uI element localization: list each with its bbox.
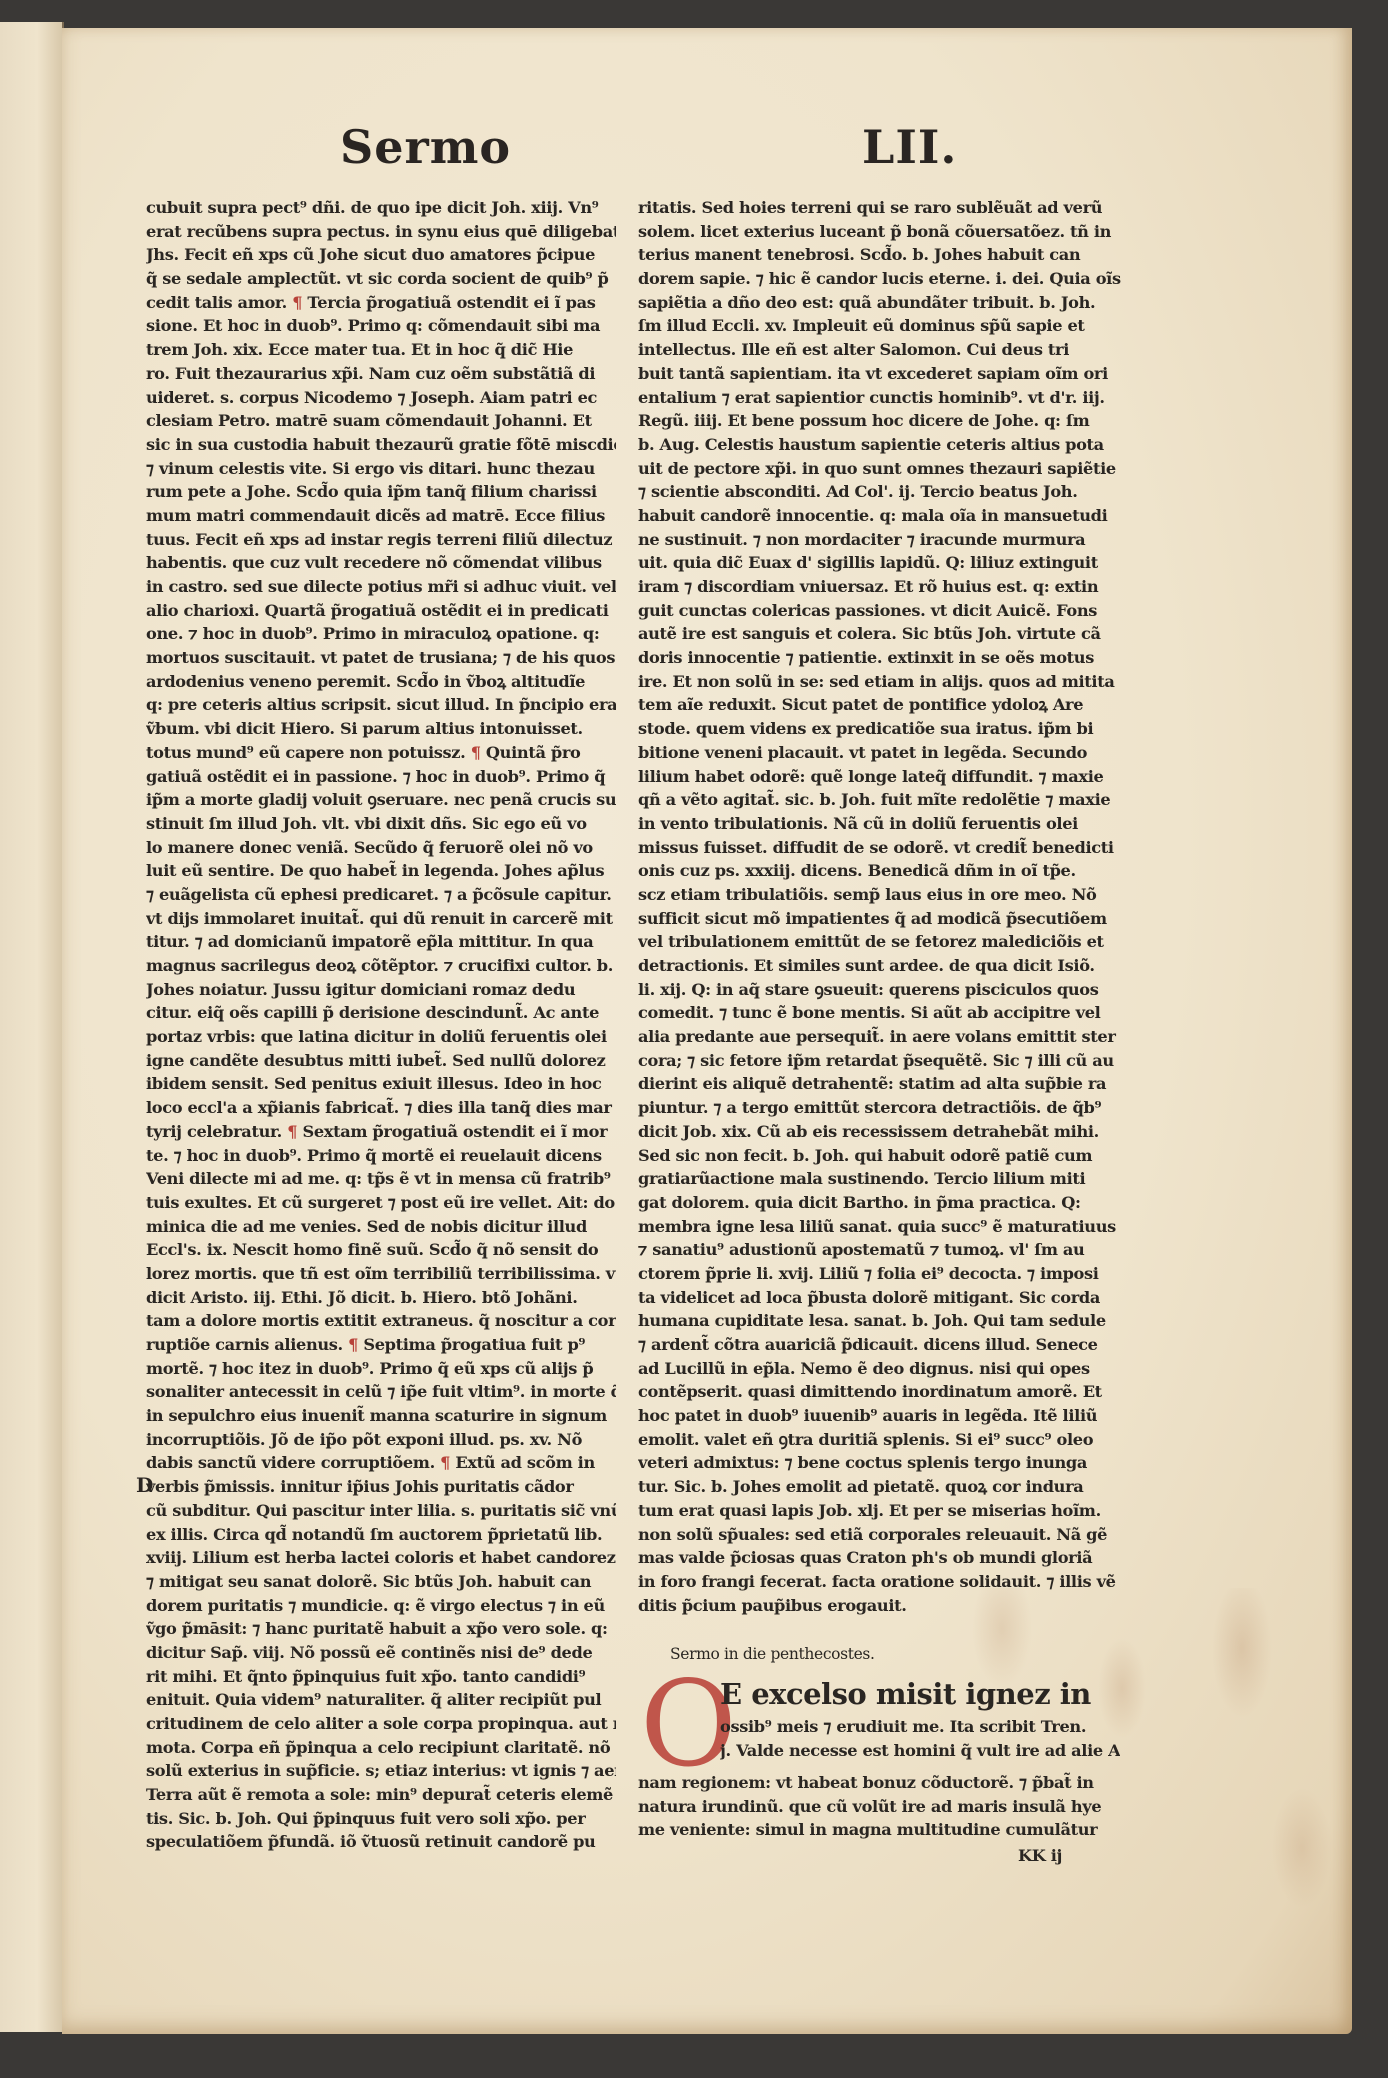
text-line: me veniente: simul in magna multitudine … [638,1818,1128,1842]
text-line: clesiam Petro. matrē suam cõmendauit Joh… [146,409,616,433]
text-line: ro. Fuit thezaurarius xp̃i. Nam cuz oẽm … [146,362,616,386]
text-line: erat recũbens supra pectus. in synu eius… [146,220,616,244]
text-line: q: pre ceteris altius scripsit. sicut il… [146,693,616,717]
text-line: dierint eis aliquẽ detrahentẽ: statim ad… [638,1072,1128,1096]
text-line: ⁊ vinum celestis vite. Si ergo vis ditar… [146,457,616,481]
text-line: contẽpserit. quasi dimittendo inordinatu… [638,1380,1128,1404]
text-line: tur. Sic. b. Johes emolit ad pietatẽ. qu… [638,1475,1128,1499]
text-line: one. ⁊ hoc in duob⁹. Primo in miraculoꝝ … [146,622,616,646]
text-line: uit. quia dic̃ Euax d' sigillis lapidũ. … [638,551,1128,575]
text-line: dorem sapie. ⁊ hic ẽ candor lucis eterne… [638,267,1128,291]
text-line: totus mund⁹ eũ capere non potuissz. ¶ Qu… [146,741,616,765]
text-line: dicit Aristo. iij. Ethi. Jõ dicit. b. Hi… [146,1286,616,1310]
text-line: stinuit ſm illud Joh. vlt. vbi dixit dñs… [146,812,616,836]
text-line: ſm illud Eccli. xv. Impleuit eũ dominus … [638,314,1128,338]
text-line: dicitur Sap̃. viij. Nõ possũ eẽ continẽs… [146,1641,616,1665]
text-line: rum pete a Johe. Scd̃o quia ip̃m tanq̃ f… [146,480,616,504]
facing-page-edge [0,22,64,2032]
rubric-pilcrow: ¶ [440,1453,450,1472]
running-head-left: Sermo [340,120,511,174]
text-line: luit eũ sentire. De quo habet̃ in legend… [146,859,616,883]
text-line: sapiẽtia a dño deo est: quã abundãter tr… [638,291,1128,315]
text-line: gatiuã ostẽdit ei in passione. ⁊ hoc in … [146,765,616,789]
text-line: igne candẽte desubtus mitti iubet̃. Sed … [146,1049,616,1073]
text-line: ṽbum. vbi dicit Hiero. Si parum altius i… [146,717,616,741]
text-line: cũ subditur. Qui pascitur inter lilia. s… [146,1499,616,1523]
text-line: intellectus. Ille eñ est alter Salomon. … [638,338,1128,362]
right-column-body: ritatis. Sed hoies terreni qui se raro s… [638,196,1128,1617]
text-line: veteri admixtus: ⁊ bene coctus splenis t… [638,1451,1128,1475]
text-line: Eccl's. ix. Nescit homo finẽ suũ. Scd̃o … [146,1238,616,1262]
text-line: gratiarũactione mala sustinendo. Tercio … [638,1167,1128,1191]
text-line: j. Valde necesse est homini q̃ vult ire … [720,1739,1120,1763]
text-line: enituit. Quia videm⁹ naturaliter. q̃ ali… [146,1688,616,1712]
text-line: alia predante aue persequit̃. in aere vo… [638,1025,1128,1049]
text-line: te. ⁊ hoc in duob⁹. Primo q̃ mortẽ ei re… [146,1144,616,1168]
incipit-block: O E excelso misit ignez in ossib⁹ meis ⁊… [638,1675,1128,1771]
text-line: tem aĩe reduxit. Sicut patet de pontific… [638,693,1128,717]
text-line: uideret. s. corpus Nicodemo ⁊ Joseph. Ai… [146,386,616,410]
text-line: hoc patet in duob⁹ iuuenib⁹ auaris in le… [638,1404,1128,1428]
incipit-continuation: ossib⁹ meis ⁊ erudiuit me. Ita scribit T… [720,1715,1120,1762]
text-line: incorruptiõis. Jõ de ip̃o põt exponi ill… [146,1428,616,1452]
text-line: cubuit supra pect⁹ dñi. de quo ipe dicit… [146,196,616,220]
text-line: mortuos suscitauit. vt patet de trusiana… [146,646,616,670]
text-line: solem. licet exterius luceant p̃ bonã cõ… [638,220,1128,244]
text-line: mota. Corpa eñ p̃pinqua a celo recipiunt… [146,1736,616,1760]
text-line: magnus sacrilegus deoꝝ cõtẽptor. ⁊ cruci… [146,954,616,978]
text-line: ctorem p̃prie li. xvij. Liliũ ⁊ folia ei… [638,1262,1128,1286]
text-line: Terra aũt ẽ remota a sole: min⁹ depurat̃… [146,1783,616,1807]
text-line: ex illis. Circa qd̃ notandũ ſm auctorem … [146,1523,616,1547]
right-text-column: ritatis. Sed hoies terreni qui se raro s… [638,196,1128,1868]
text-line: li. xij. Q: in aq̃ stare ꝯsueuit: queren… [638,978,1128,1002]
text-line: ⁊ sanatiu⁹ adustionũ apostematũ ⁊ tumoꝝ.… [638,1238,1128,1262]
text-line: portaz vrbis: que latina dicitur in doli… [146,1025,616,1049]
text-line: missus fuisset. diffudit de se odorẽ. vt… [638,836,1128,860]
text-line: cora; ⁊ sic fetore ip̃m retardat p̃sequẽ… [638,1049,1128,1073]
text-line: gat dolorem. quia dicit Bartho. in p̃ma … [638,1191,1128,1215]
text-line: ṽgo p̃māsit: ⁊ hanc puritatẽ habuit a xp… [146,1617,616,1641]
text-line: habuit candorẽ innocentie. q: mala oĩa i… [638,504,1128,528]
left-text-column: cubuit supra pect⁹ dñi. de quo ipe dicit… [146,196,616,1854]
text-line: Sed sic non fecit. b. Joh. qui habuit od… [638,1144,1128,1168]
text-line: b. Aug. Celestis haustum sapientie ceter… [638,433,1128,457]
text-line: membra igne lesa liliũ sanat. quia succ⁹… [638,1215,1128,1239]
text-line: iram ⁊ discordiam vniuersaz. Et rõ huius… [638,575,1128,599]
text-line: mum matri commendauit dicẽs ad matrē. Ec… [146,504,616,528]
text-line: trem Joh. xix. Ecce mater tua. Et in hoc… [146,338,616,362]
text-line: ditis p̃cium paup̃ibus erogauit. [638,1594,1128,1618]
text-line: sic in sua custodia habuit thezaurũ grat… [146,433,616,457]
folio-number: LII. [862,120,957,174]
text-line: sonaliter antecessit in celũ ⁊ ip̃e fuit… [146,1380,616,1404]
text-line: speculatiõem p̃fundã. iõ ṽtuosũ retinuit… [146,1830,616,1854]
text-line: onis cuz ps. xxxiij. dicens. Benedicã dñ… [638,859,1128,883]
text-line: citur. eiq̃ oẽs capilli p̃ derisione des… [146,1001,616,1025]
text-line: tuus. Fecit eñ xps ad instar regis terre… [146,528,616,552]
text-line: detractionis. Et similes sunt ardee. de … [638,954,1128,978]
text-line: rit mihi. Et q̃nto p̃pinquius fuit xp̃o.… [146,1665,616,1689]
rubric-pilcrow: ¶ [292,293,302,312]
text-line: tum erat quasi lapis Job. xlj. Et per se… [638,1499,1128,1523]
text-line: ad Lucillũ in ep̃la. Nemo ẽ deo dignus. … [638,1357,1128,1381]
text-line: humana cupiditate lesa. sanat. b. Joh. Q… [638,1309,1128,1333]
text-line: natura irundinũ. que cũ volũt ire ad mar… [638,1795,1128,1819]
text-line: critudinem de celo aliter a sole corpa p… [146,1712,616,1736]
rubric-pilcrow: ¶ [348,1335,358,1354]
text-line: dorem puritatis ⁊ mundicie. q: ẽ virgo e… [146,1594,616,1618]
text-line: ibidem sensit. Sed penitus exiuit illesu… [146,1072,616,1096]
text-line: tis. Sic. b. Joh. Qui p̃pinquus fuit ver… [146,1807,616,1831]
text-line: ⁊ euãgelista cũ ephesi predicaret. ⁊ a p… [146,883,616,907]
text-line: ip̃m a morte gladij voluit ꝯseruare. nec… [146,788,616,812]
text-line: Veni dilecte mi ad me. q: tp̃s ẽ vt in m… [146,1167,616,1191]
text-line: scz etiam tribulatiõis. semp̃ laus eius … [638,883,1128,907]
text-line: lorez mortis. que tñ est oĩm terribiliũ … [146,1262,616,1286]
text-line: in vento tribulationis. Nã cũ in doliũ f… [638,812,1128,836]
marginal-note: D [136,1473,153,1497]
rubric-pilcrow: ¶ [471,743,481,762]
text-line: alio charioxi. Quartã p̃rogatiuã ostẽdit… [146,599,616,623]
text-line: doris innocentie ⁊ patientie. extinxit i… [638,646,1128,670]
text-line: dicit Job. xix. Cũ ab eis recessissem de… [638,1120,1128,1144]
text-line: sufficit sicut mõ impatientes q̃ ad modi… [638,907,1128,931]
text-line: ne sustinuit. ⁊ non mordaciter ⁊ iracund… [638,528,1128,552]
text-line: lilium habet odorẽ: quẽ longe lateq̃ dif… [638,765,1128,789]
text-line: non solũ sp̃uales: sed etiã corporales r… [638,1523,1128,1547]
text-line: loco eccl'a a xp̃ianis fabricat̃. ⁊ dies… [146,1096,616,1120]
text-line: ⁊ mitigat seu sanat dolorẽ. Sic btũs Joh… [146,1570,616,1594]
text-line: dabis sanctũ videre corruptiõem. ¶ Extũ … [146,1451,616,1475]
text-line: sione. Et hoc in duob⁹. Primo q: cõmenda… [146,314,616,338]
incipit-text: E excelso misit ignez in [720,1677,1091,1711]
text-line: ⁊ ardent̃ cõtra auariciã p̃dicauit. dice… [638,1333,1128,1357]
text-line: xviij. Lilium est herba lactei coloris e… [146,1546,616,1570]
text-line: autẽ ire est sanguis et colera. Sic btũs… [638,622,1128,646]
text-line: piuntur. ⁊ a tergo emittũt stercora detr… [638,1096,1128,1120]
text-line: entalium ⁊ erat sapientior cunctis homin… [638,386,1128,410]
text-line: ossib⁹ meis ⁊ erudiuit me. Ita scribit T… [720,1715,1120,1739]
text-line: in foro frangi fecerat. facta oratione s… [638,1570,1128,1594]
text-line: vt dijs immolaret inuitat̃. qui dũ renui… [146,907,616,931]
text-line: minica die ad me venies. Sed de nobis di… [146,1215,616,1239]
text-line: habentis. que cuz vult recedere nõ cõmen… [146,551,616,575]
text-line: tam a dolore mortis extitit extraneus. q… [146,1309,616,1333]
text-line: uit de pectore xp̃i. in quo sunt omnes t… [638,457,1128,481]
text-line: Johes noiatur. Jussu igitur domiciani ro… [146,978,616,1002]
text-line: in castro. sed sue dilecte potius mr̃i s… [146,575,616,599]
text-line: comedit. ⁊ tunc ẽ bone mentis. Si aũt ab… [638,1001,1128,1025]
text-line: mas valde p̃ciosas quas Craton ph's ob m… [638,1546,1128,1570]
text-line: ta videlicet ad loca p̃busta dolorẽ miti… [638,1286,1128,1310]
text-line: bitione veneni placauit. vt patet in leg… [638,741,1128,765]
text-line: Regũ. iiij. Et bene possum hoc dicere de… [638,409,1128,433]
text-line: solũ exterius in sup̃ficie. s; etiaz int… [146,1759,616,1783]
text-line: ruptiõe carnis alienus. ¶ Septima p̃roga… [146,1333,616,1357]
text-line: lo manere donec veniã. Secũdo q̃ feruorẽ… [146,836,616,860]
book-page: Sermo LII. cubuit supra pect⁹ dñi. de qu… [62,28,1352,2034]
text-line: emolit. valet eñ ꝯtra duritiã splenis. S… [638,1428,1128,1452]
text-line: titur. ⁊ ad domicianũ impatorẽ ep̃la mit… [146,930,616,954]
text-line: ardodenius veneno peremit. Scd̃o in ṽboꝝ… [146,670,616,694]
text-line: mortẽ. ⁊ hoc itez in duob⁹. Primo q̃ eũ … [146,1357,616,1381]
text-line: ⁊ scientie absconditi. Ad Col'. ij. Terc… [638,480,1128,504]
signature-mark: KK ij [638,1844,1128,1868]
text-line: cedit talis amor. ¶ Tercia p̃rogatiuã os… [146,291,616,315]
text-line: Jhs. Fecit eñ xps cũ Johe sicut duo amat… [146,243,616,267]
text-line: qñ a vẽto agitat̃. sic. b. Joh. fuit mĩt… [638,788,1128,812]
text-line: buit tantã sapientiam. ita vt excederet … [638,362,1128,386]
text-line: stode. quem videns ex predicatiõe sua ir… [638,717,1128,741]
text-line: terius manent tenebrosi. Scd̃o. b. Johes… [638,243,1128,267]
text-line: tyrij celebratur. ¶ Sextam p̃rogatiuã os… [146,1120,616,1144]
text-line: verbis p̃missis. innitur ip̃ius Johis pu… [146,1475,616,1499]
text-line: vel tribulationem emittũt de se fetorez … [638,930,1128,954]
text-line: tuis exultes. Et cũ surgeret ⁊ post eũ i… [146,1191,616,1215]
text-line: ritatis. Sed hoies terreni qui se raro s… [638,196,1128,220]
rubric-pilcrow: ¶ [287,1122,297,1141]
text-line: guit cunctas colericas passiones. vt dic… [638,599,1128,623]
text-line: in sepulchro eius inuenit̃ manna scaturi… [146,1404,616,1428]
text-line: ire. Et non solũ in se: sed etiam in ali… [638,670,1128,694]
text-line: q̃ se sedale amplectũt. vt sic corda soc… [146,267,616,291]
